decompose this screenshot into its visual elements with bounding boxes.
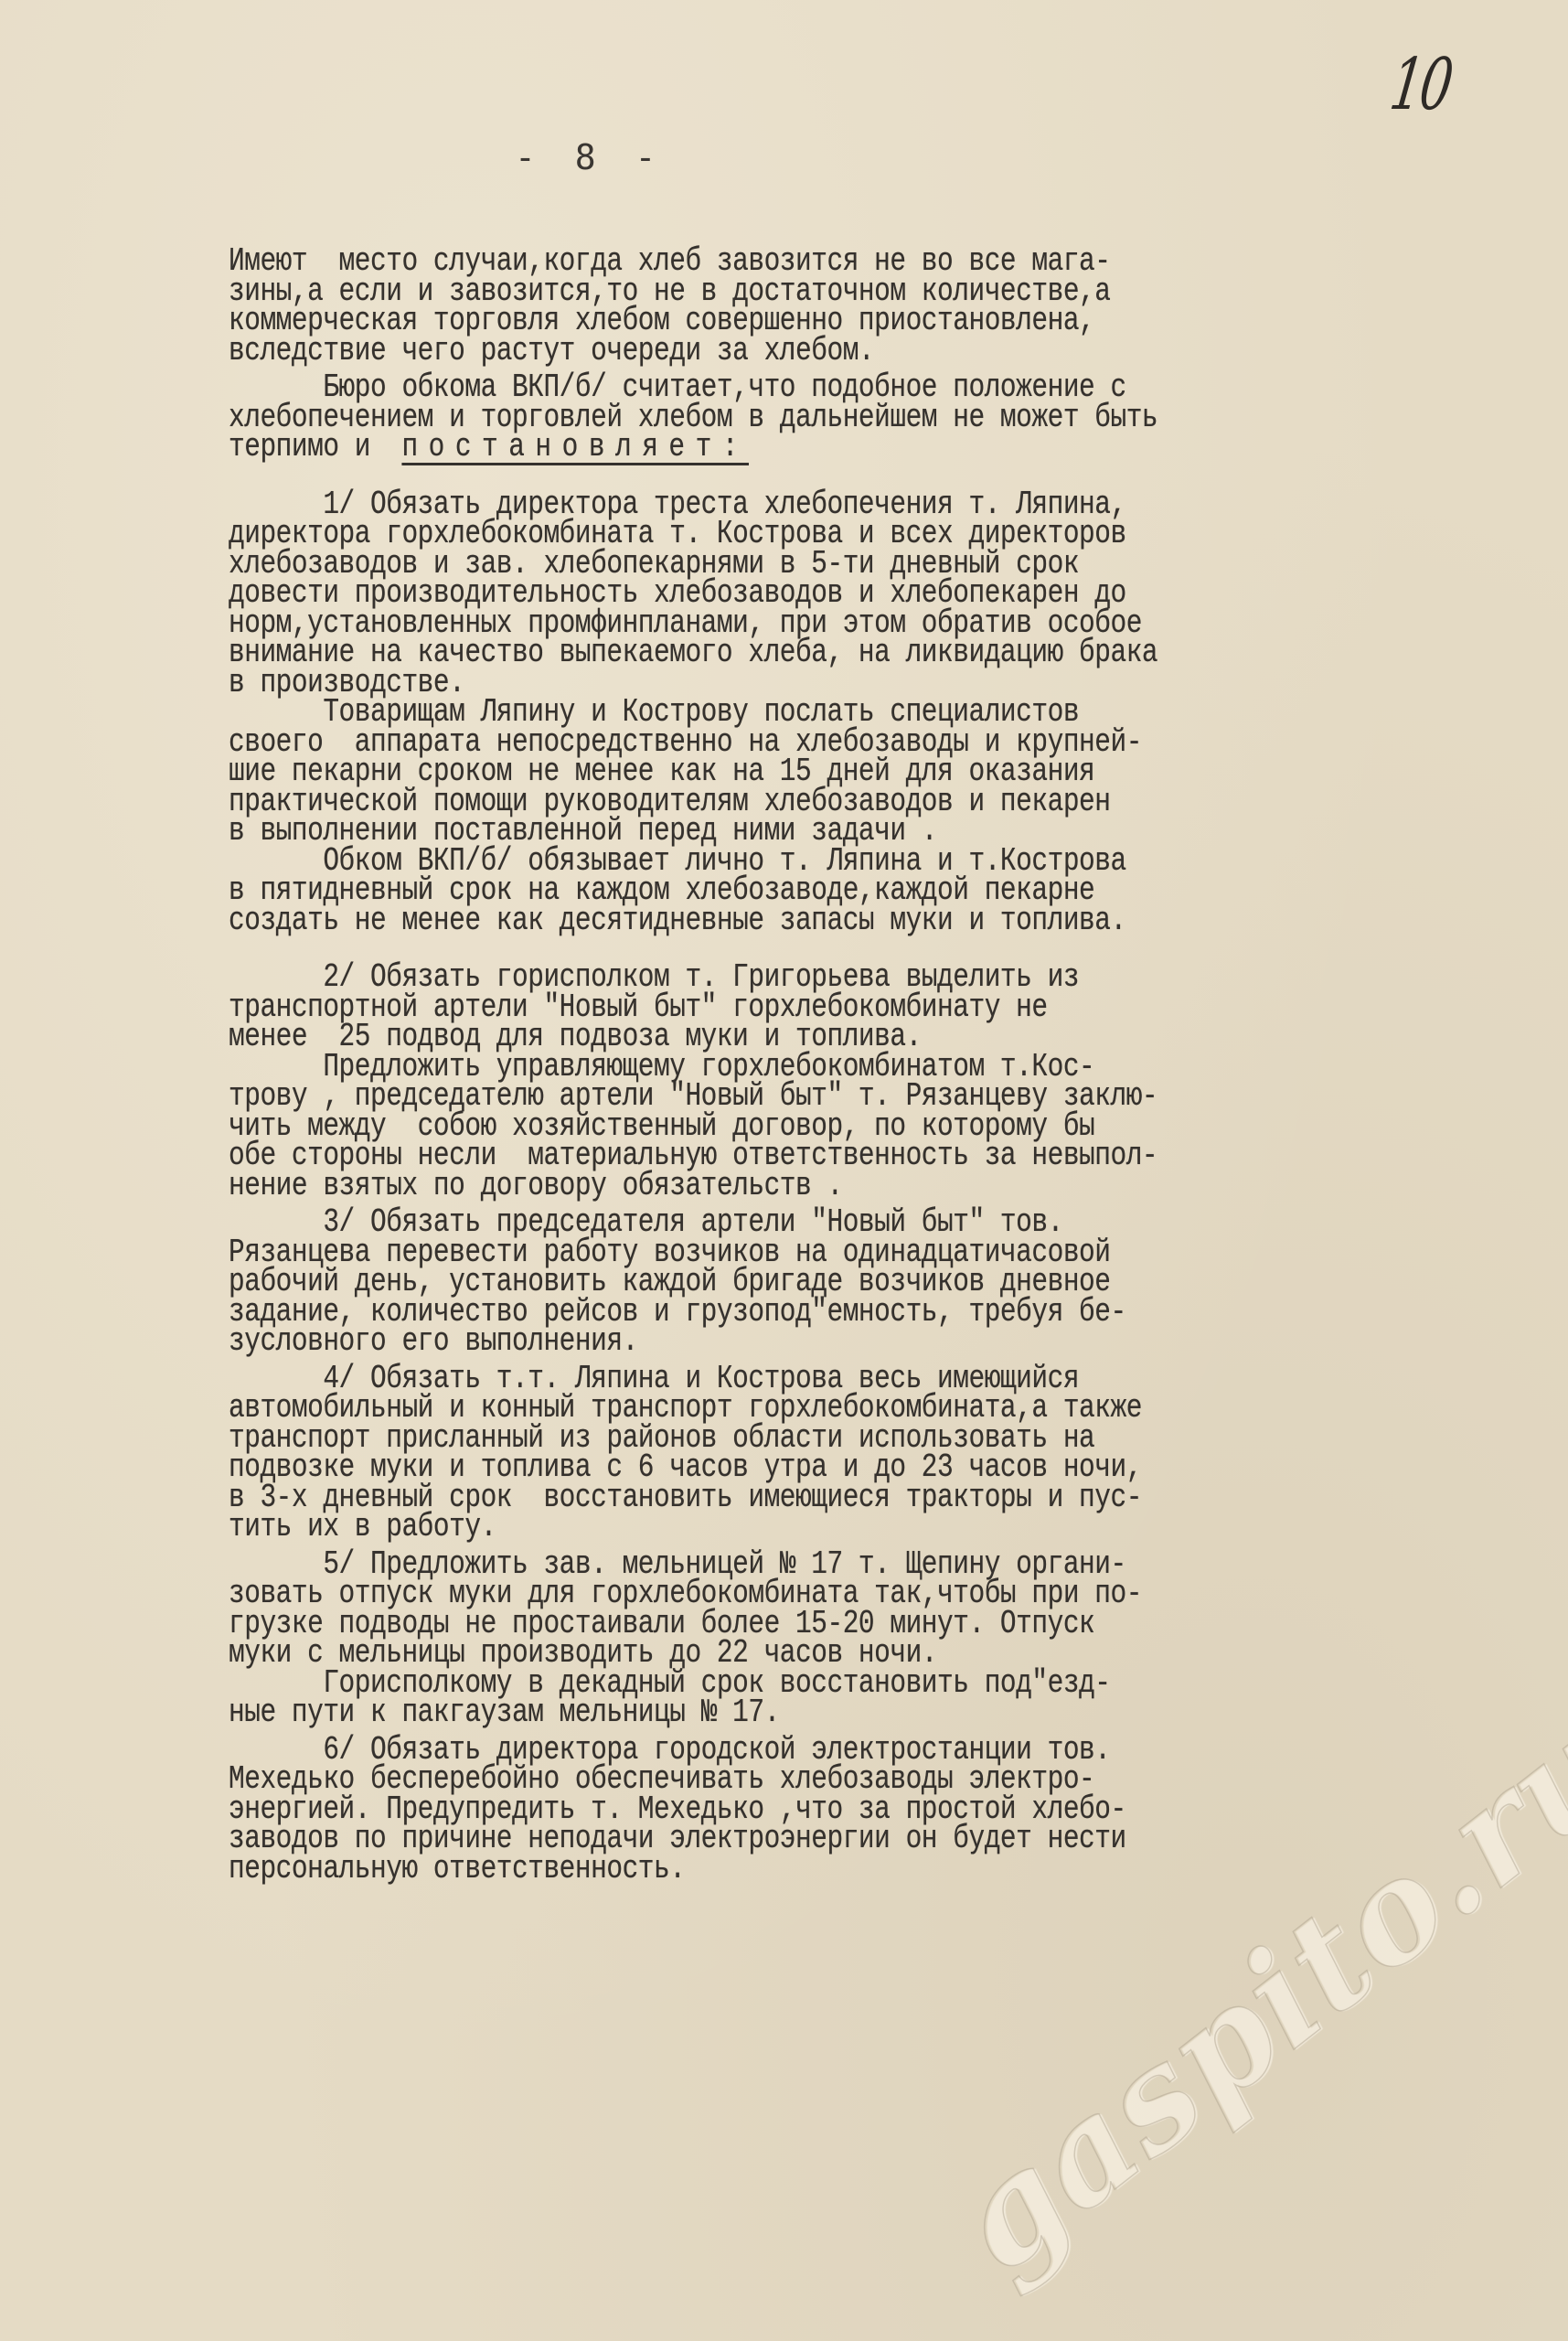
resolution-item-4: 4/ Обязать т.т. Ляпина и Кострова весь и… — [229, 1364, 1308, 1543]
text-line: нение взятых по договору обязательств . — [229, 1171, 1308, 1202]
resolution-keyword: постановляет: — [401, 428, 749, 465]
text-line: создать не менее как десятидневные запас… — [229, 906, 1308, 936]
paragraph-intro: Имеют место случаи,когда хлеб завозится … — [229, 247, 1308, 366]
document-body: Имеют место случаи,когда хлеб завозится … — [229, 247, 1308, 1884]
paragraph-bureau-decision: Бюро обкома ВКП/б/ считает,что подобное … — [229, 373, 1308, 463]
text-line: вследствие чего растут очереди за хлебом… — [229, 337, 1308, 367]
handwritten-sheet-number: 10 — [1385, 44, 1456, 126]
text-line: ные пути к пакгаузам мельницы № 17. — [229, 1698, 1308, 1728]
text-line: терпимо и постановляет: — [229, 433, 1308, 463]
text-line: персональную ответственность. — [229, 1855, 1308, 1885]
resolution-item-6: 6/ Обязать директора городской электрост… — [229, 1736, 1308, 1885]
text-line: тить их в работу. — [229, 1513, 1308, 1543]
resolution-item-1: 1/ Обязать директора треста хлебопечения… — [229, 490, 1308, 936]
page-number: - 8 - — [515, 137, 665, 177]
archival-document-page: 10 - 8 - Имеют место случаи,когда хлеб з… — [0, 0, 1568, 2341]
resolution-item-5: 5/ Предложить зав. мельницей № 17 т. Щеп… — [229, 1550, 1308, 1728]
resolution-item-3: 3/ Обязать председателя артели "Новый бы… — [229, 1208, 1308, 1357]
text-fragment: терпимо и — [229, 428, 401, 465]
text-line: зусловного его выполнения. — [229, 1327, 1308, 1357]
resolution-item-2: 2/ Обязать горисполком т. Григорьева выд… — [229, 963, 1308, 1201]
